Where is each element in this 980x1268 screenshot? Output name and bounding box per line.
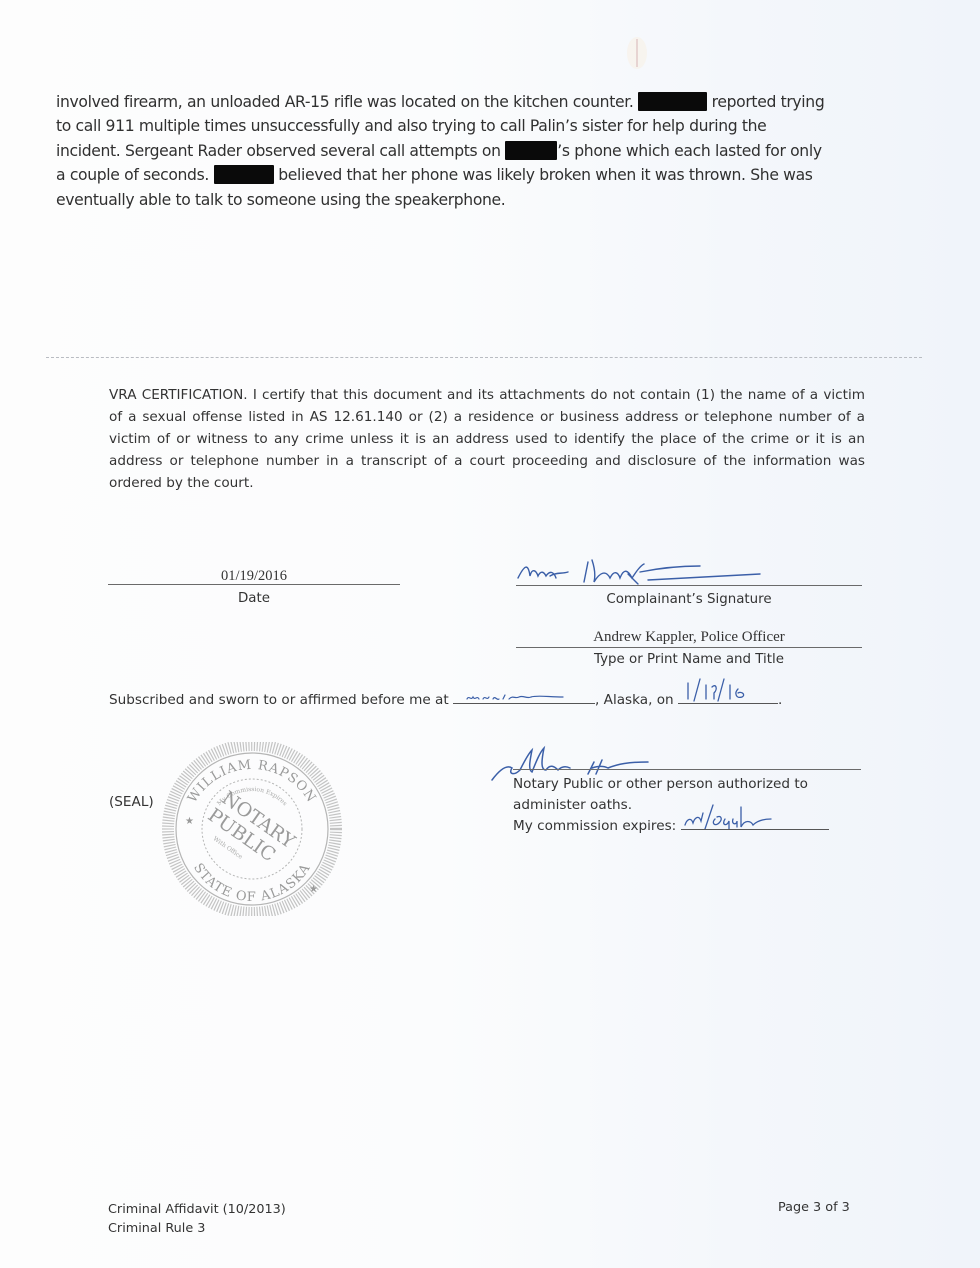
complainant-name-title: Andrew Kappler, Police Officer [516, 629, 862, 646]
sworn-date-field [678, 690, 778, 704]
redaction-box [214, 165, 274, 184]
section-divider [46, 357, 922, 358]
page-number: Page 3 of 3 [778, 1200, 850, 1215]
complainant-signature-label: Complainant’s Signature [516, 592, 862, 607]
svg-text:★: ★ [309, 884, 318, 895]
narrative-text: ’s phone which each lasted for only [557, 142, 821, 160]
narrative-text: reported trying [707, 93, 824, 111]
handwritten-place [453, 687, 595, 703]
sworn-suffix: . [778, 692, 782, 708]
notary-seal: WILLIAM RAPSON STATE OF ALASKA My Commis… [147, 742, 357, 916]
narrative-text: a couple of seconds. [56, 166, 214, 184]
sworn-middle: , Alaska, on [595, 692, 678, 708]
notary-line1: Notary Public or other person authorized… [513, 774, 873, 795]
sworn-prefix: Subscribed and sworn to or affirmed befo… [109, 692, 453, 708]
handwritten-commission [681, 803, 829, 829]
commission-expires: My commission expires: [513, 816, 873, 837]
affidavit-page: involved firearm, an unloaded AR-15 rifl… [0, 0, 980, 1268]
date-line [108, 584, 400, 585]
date-label: Date [108, 591, 400, 606]
narrative-text: believed that her phone was likely broke… [274, 166, 813, 184]
notary-signature-line [513, 769, 861, 770]
date-value: 01/19/2016 [108, 568, 400, 585]
handwritten-date [678, 677, 778, 703]
commission-field [681, 816, 829, 830]
redaction-box [638, 92, 707, 111]
name-title-label: Type or Print Name and Title [516, 652, 862, 667]
footer-form-info: Criminal Affidavit (10/2013) Criminal Ru… [108, 1200, 286, 1238]
vra-certification: VRA CERTIFICATION. I certify that this d… [109, 384, 865, 494]
narrative-paragraph: involved firearm, an unloaded AR-15 rifl… [56, 90, 926, 212]
narrative-text: to call 911 multiple times unsuccessfull… [56, 117, 766, 135]
sworn-statement: Subscribed and sworn to or affirmed befo… [109, 690, 782, 708]
notary-block: Notary Public or other person authorized… [513, 774, 873, 837]
sworn-place-field [453, 690, 595, 704]
footer-form-name: Criminal Affidavit (10/2013) [108, 1200, 286, 1219]
commission-label: My commission expires: [513, 818, 681, 834]
narrative-text: incident. Sergeant Rader observed severa… [56, 142, 505, 160]
redaction-box [505, 141, 557, 160]
complainant-signature-line [516, 585, 862, 586]
narrative-text: eventually able to talk to someone using… [56, 191, 505, 209]
footer-rule: Criminal Rule 3 [108, 1219, 286, 1238]
complainant-signature [510, 552, 770, 586]
name-title-line [516, 647, 862, 648]
scan-punch-mark [627, 37, 647, 69]
svg-text:★: ★ [185, 816, 194, 827]
narrative-text: involved firearm, an unloaded AR-15 rifl… [56, 93, 638, 111]
